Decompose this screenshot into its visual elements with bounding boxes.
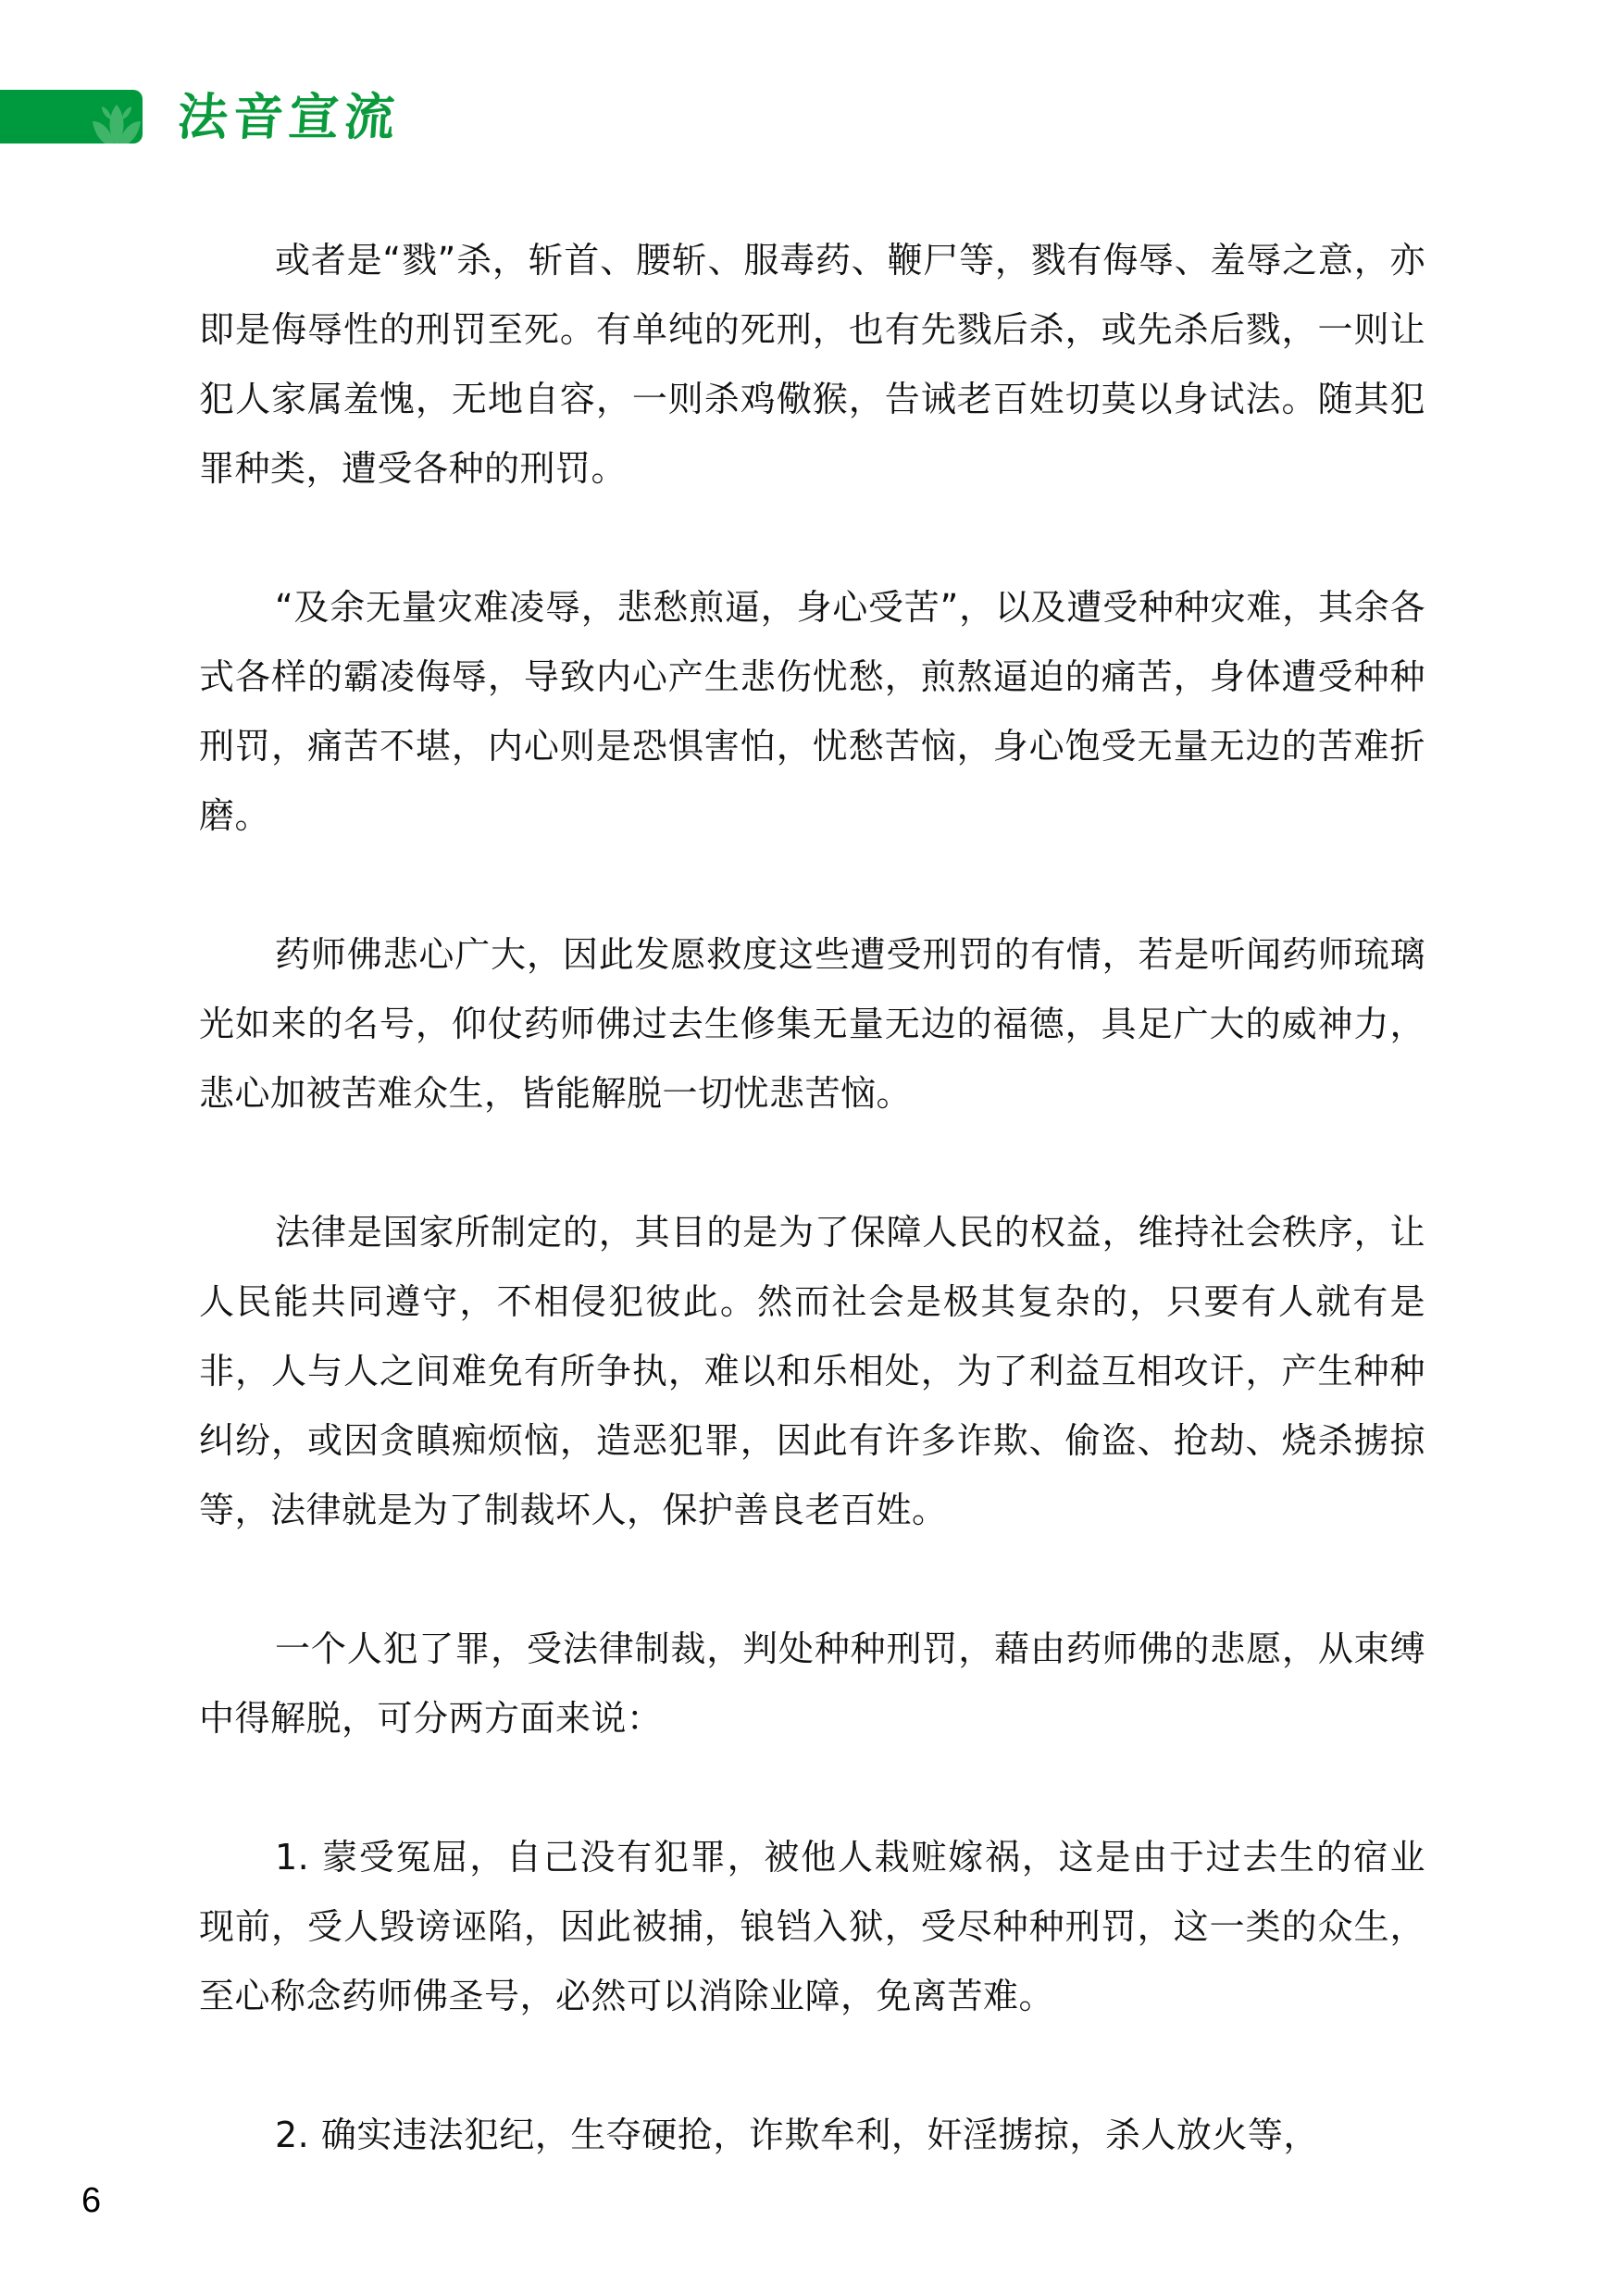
lotus-icon bbox=[89, 101, 143, 143]
article-body: 或者是“戮”杀，斩首、腰斩、服毒药、鞭尸等，戮有侮辱、羞辱之意，亦即是侮辱性的刑… bbox=[199, 226, 1425, 2240]
paragraph: 一个人犯了罪，受法律制裁，判处种种刑罚，藉由药师佛的悲愿，从束缚中得解脱，可分两… bbox=[199, 1615, 1425, 1753]
paragraph: 或者是“戮”杀，斩首、腰斩、服毒药、鞭尸等，戮有侮辱、羞辱之意，亦即是侮辱性的刑… bbox=[199, 226, 1425, 504]
paragraph: 法律是国家所制定的，其目的是为了保障人民的权益，维持社会秩序，让人民能共同遵守，… bbox=[199, 1198, 1425, 1545]
list-item: 1. 蒙受冤屈，自己没有犯罪，被他人栽赃嫁祸，这是由于过去生的宿业现前，受人毁谤… bbox=[199, 1823, 1425, 2031]
paragraph: “及余无量灾难凌辱，悲愁煎逼，身心受苦”，以及遭受种种灾难，其余各式各样的霸凌侮… bbox=[199, 573, 1425, 851]
paragraph: 药师佛悲心广大，因此发愿救度这些遭受刑罚的有情，若是听闻药师琉璃光如来的名号，仰… bbox=[199, 920, 1425, 1129]
page-number: 6 bbox=[81, 2181, 101, 2221]
list-item: 2. 确实违法犯纪，生夺硬抢，诈欺牟利，奸淫掳掠，杀人放火等， bbox=[199, 2101, 1425, 2170]
section-title: 法音宣流 bbox=[176, 87, 403, 148]
section-header-bar bbox=[0, 90, 143, 143]
